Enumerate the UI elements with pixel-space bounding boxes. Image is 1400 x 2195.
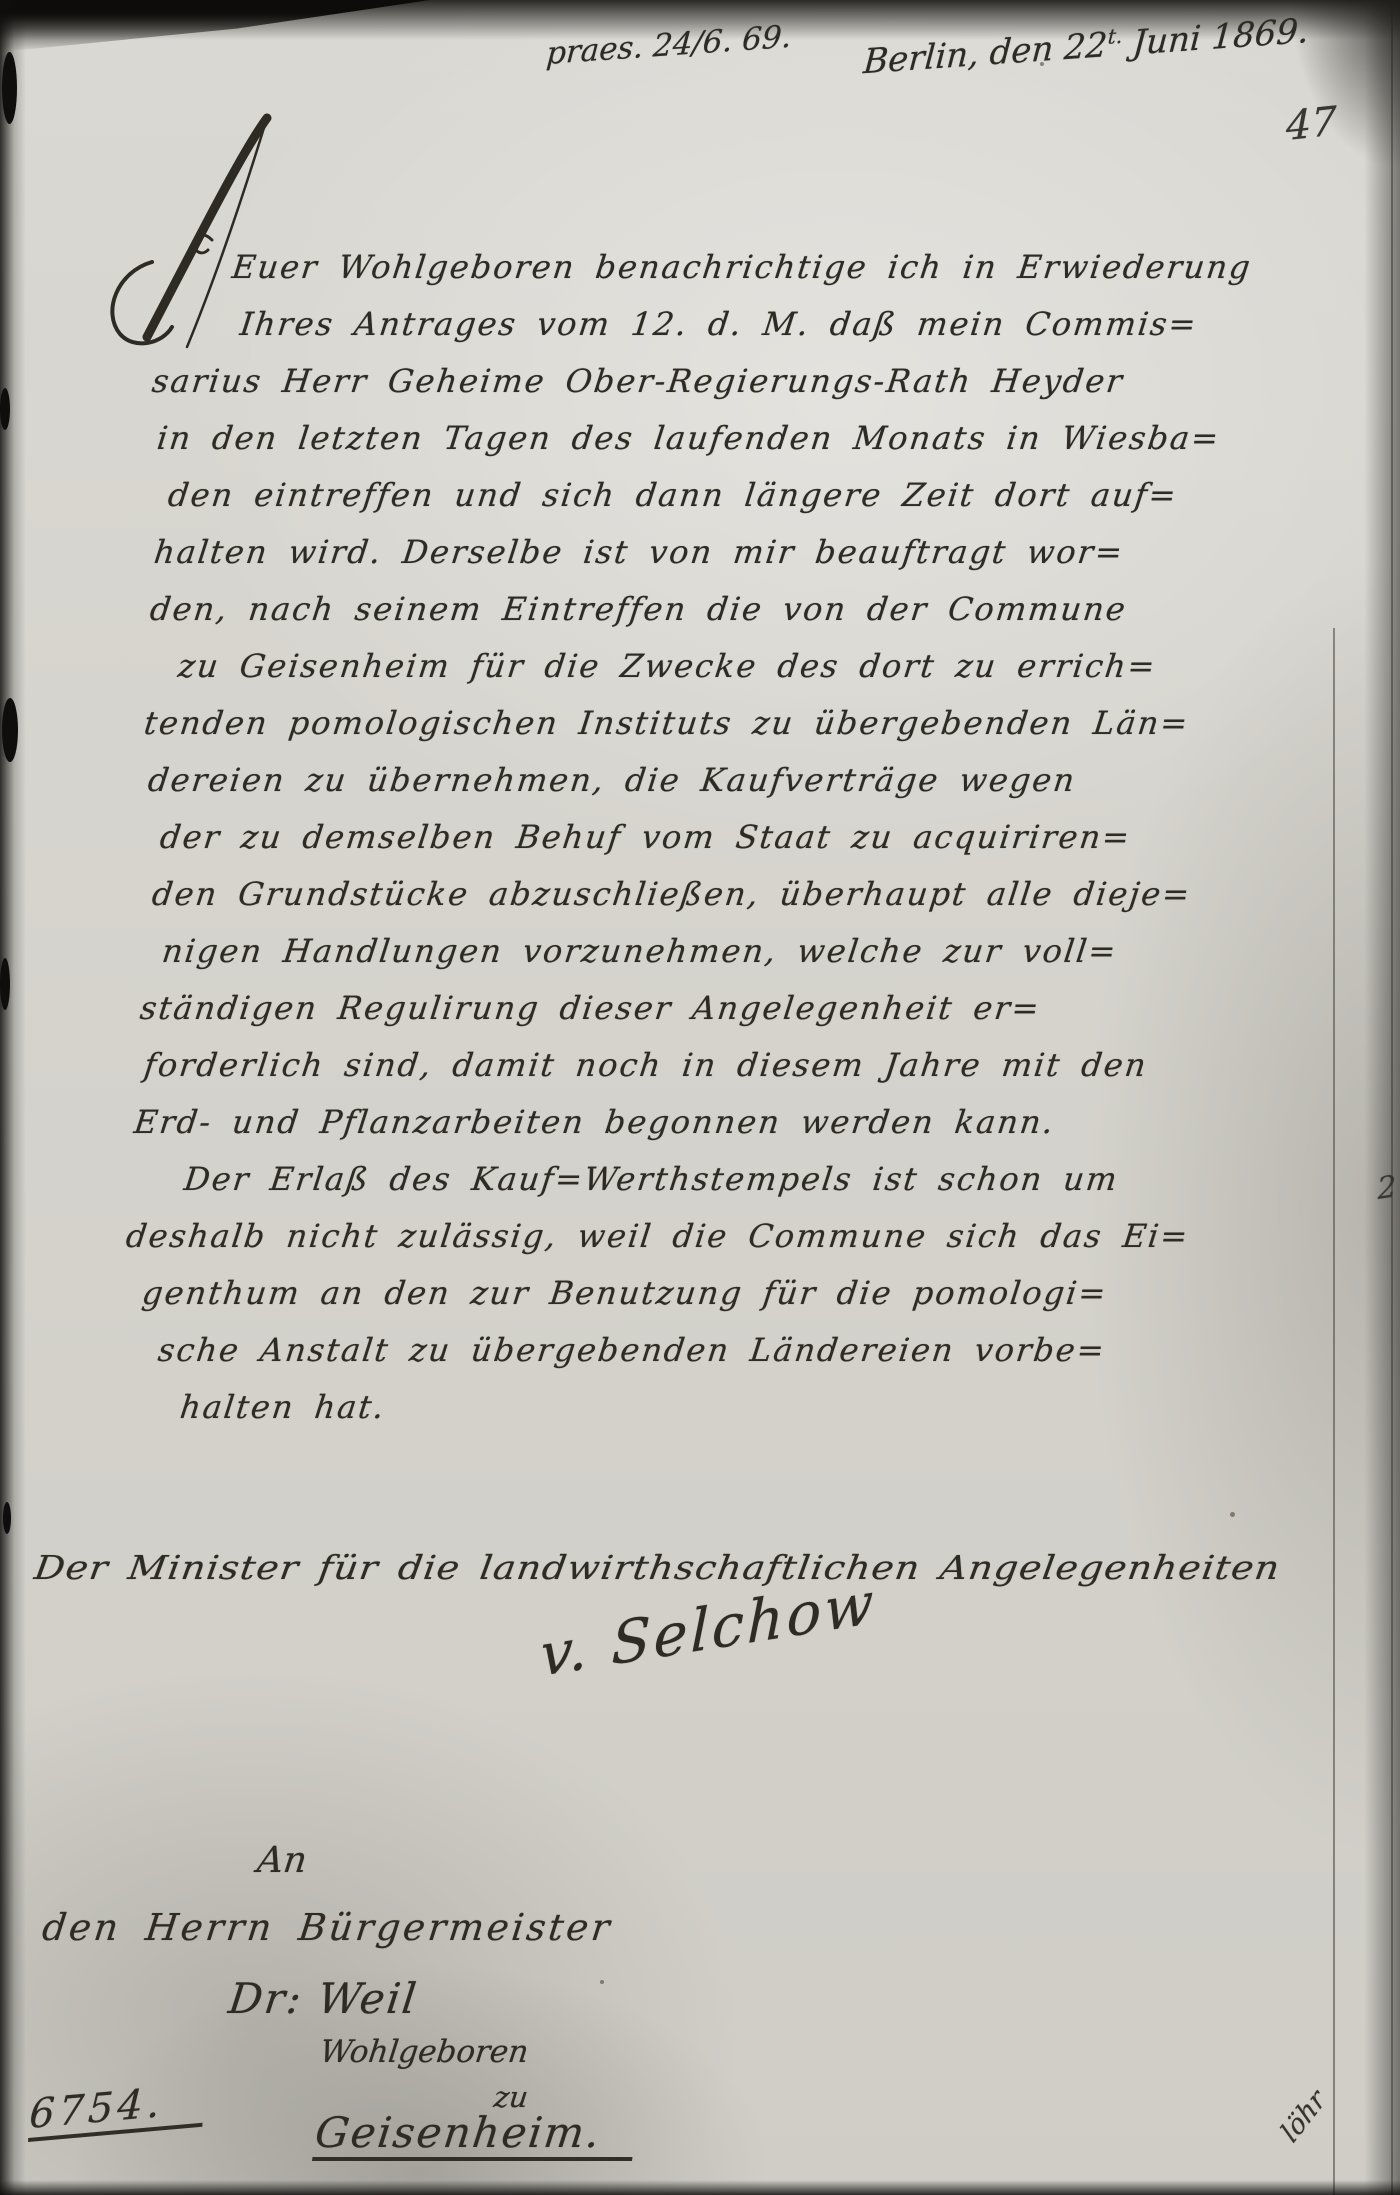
body-line: nigen Handlungen vorzunehmen, welche zur…	[160, 932, 1120, 970]
binding-blob	[2, 52, 17, 124]
body-line: Ihres Antrages vom 12. d. M. daß mein Co…	[238, 305, 1200, 343]
fold-line	[1333, 628, 1335, 2195]
body-line: dereien zu übernehmen, die Kaufverträge …	[146, 761, 1078, 799]
body-line: genthum an den zur Benutzung für die pom…	[140, 1274, 1110, 1312]
binding-edge	[0, 0, 26, 2195]
address-courtesy: Wohlgeboren	[318, 2034, 531, 2070]
address-recipient-title: den Herrn Bürgermeister	[40, 1906, 615, 1949]
binding-blob	[3, 1502, 11, 1534]
body-line: deshalb nicht zulässig, weil die Commune…	[124, 1217, 1192, 1255]
body-line: den, nach seinem Eintreffen die von der …	[148, 590, 1129, 628]
body-line: sche Anstalt zu übergebenden Ländereien …	[156, 1331, 1108, 1369]
body-line: Der Erlaß des Kauf=Werthstempels ist sch…	[182, 1160, 1121, 1198]
body-line: halten wird. Derselbe ist von mir beauft…	[152, 533, 1126, 571]
body-line: ständigen Regulirung dieser Angelegenhei…	[138, 989, 1043, 1027]
binding-blob	[0, 388, 10, 430]
binding-blob	[2, 698, 18, 762]
page-right-edge-shade	[1364, 0, 1400, 2195]
registry-number: 6754.	[28, 2076, 204, 2142]
ink-speck	[600, 1980, 604, 1984]
body-line: zu Geisenheim für die Zwecke des dort zu…	[176, 647, 1159, 685]
closing-minister-line: Der Minister für die landwirthschaftlich…	[32, 1548, 1283, 1587]
body-line: sarius Herr Geheime Ober-Regierungs-Rath…	[150, 362, 1126, 400]
body-line: halten hat.	[178, 1388, 388, 1426]
body-line: forderlich sind, damit noch in diesem Ja…	[142, 1046, 1150, 1084]
ink-speck	[1230, 1512, 1235, 1517]
edge-mark: 2	[1377, 1169, 1397, 1207]
page-edge-seam	[1391, 0, 1393, 2195]
body-line: den eintreffen und sich dann längere Zei…	[166, 476, 1180, 514]
corner-note: löhr	[1276, 2084, 1332, 2149]
body-line: in den letzten Tagen des laufenden Monat…	[155, 419, 1223, 457]
binding-blob	[0, 958, 10, 1010]
scanned-letter-page: praes. 24/6. 69. Berlin, den 22t. Juni 1…	[0, 0, 1400, 2195]
address-salutation: An	[255, 1840, 309, 1881]
body-line: den Grundstücke abzuschließen, überhaupt…	[150, 875, 1194, 913]
body-line: Euer Wohlgeboren benachrichtige ich in E…	[230, 248, 1254, 286]
address-place: Geisenheim.	[312, 2108, 638, 2161]
page-number: 47	[1286, 98, 1337, 150]
body-line: Erd- und Pflanzarbeiten begonnen werden …	[132, 1103, 1057, 1141]
scan-bottom-shadow	[0, 2180, 1400, 2195]
body-line: tenden pomologischen Instituts zu überge…	[142, 704, 1192, 742]
body-line: der zu demselben Behuf vom Staat zu acqu…	[158, 818, 1133, 856]
address-recipient-name: Dr: Weil	[226, 1974, 421, 2023]
